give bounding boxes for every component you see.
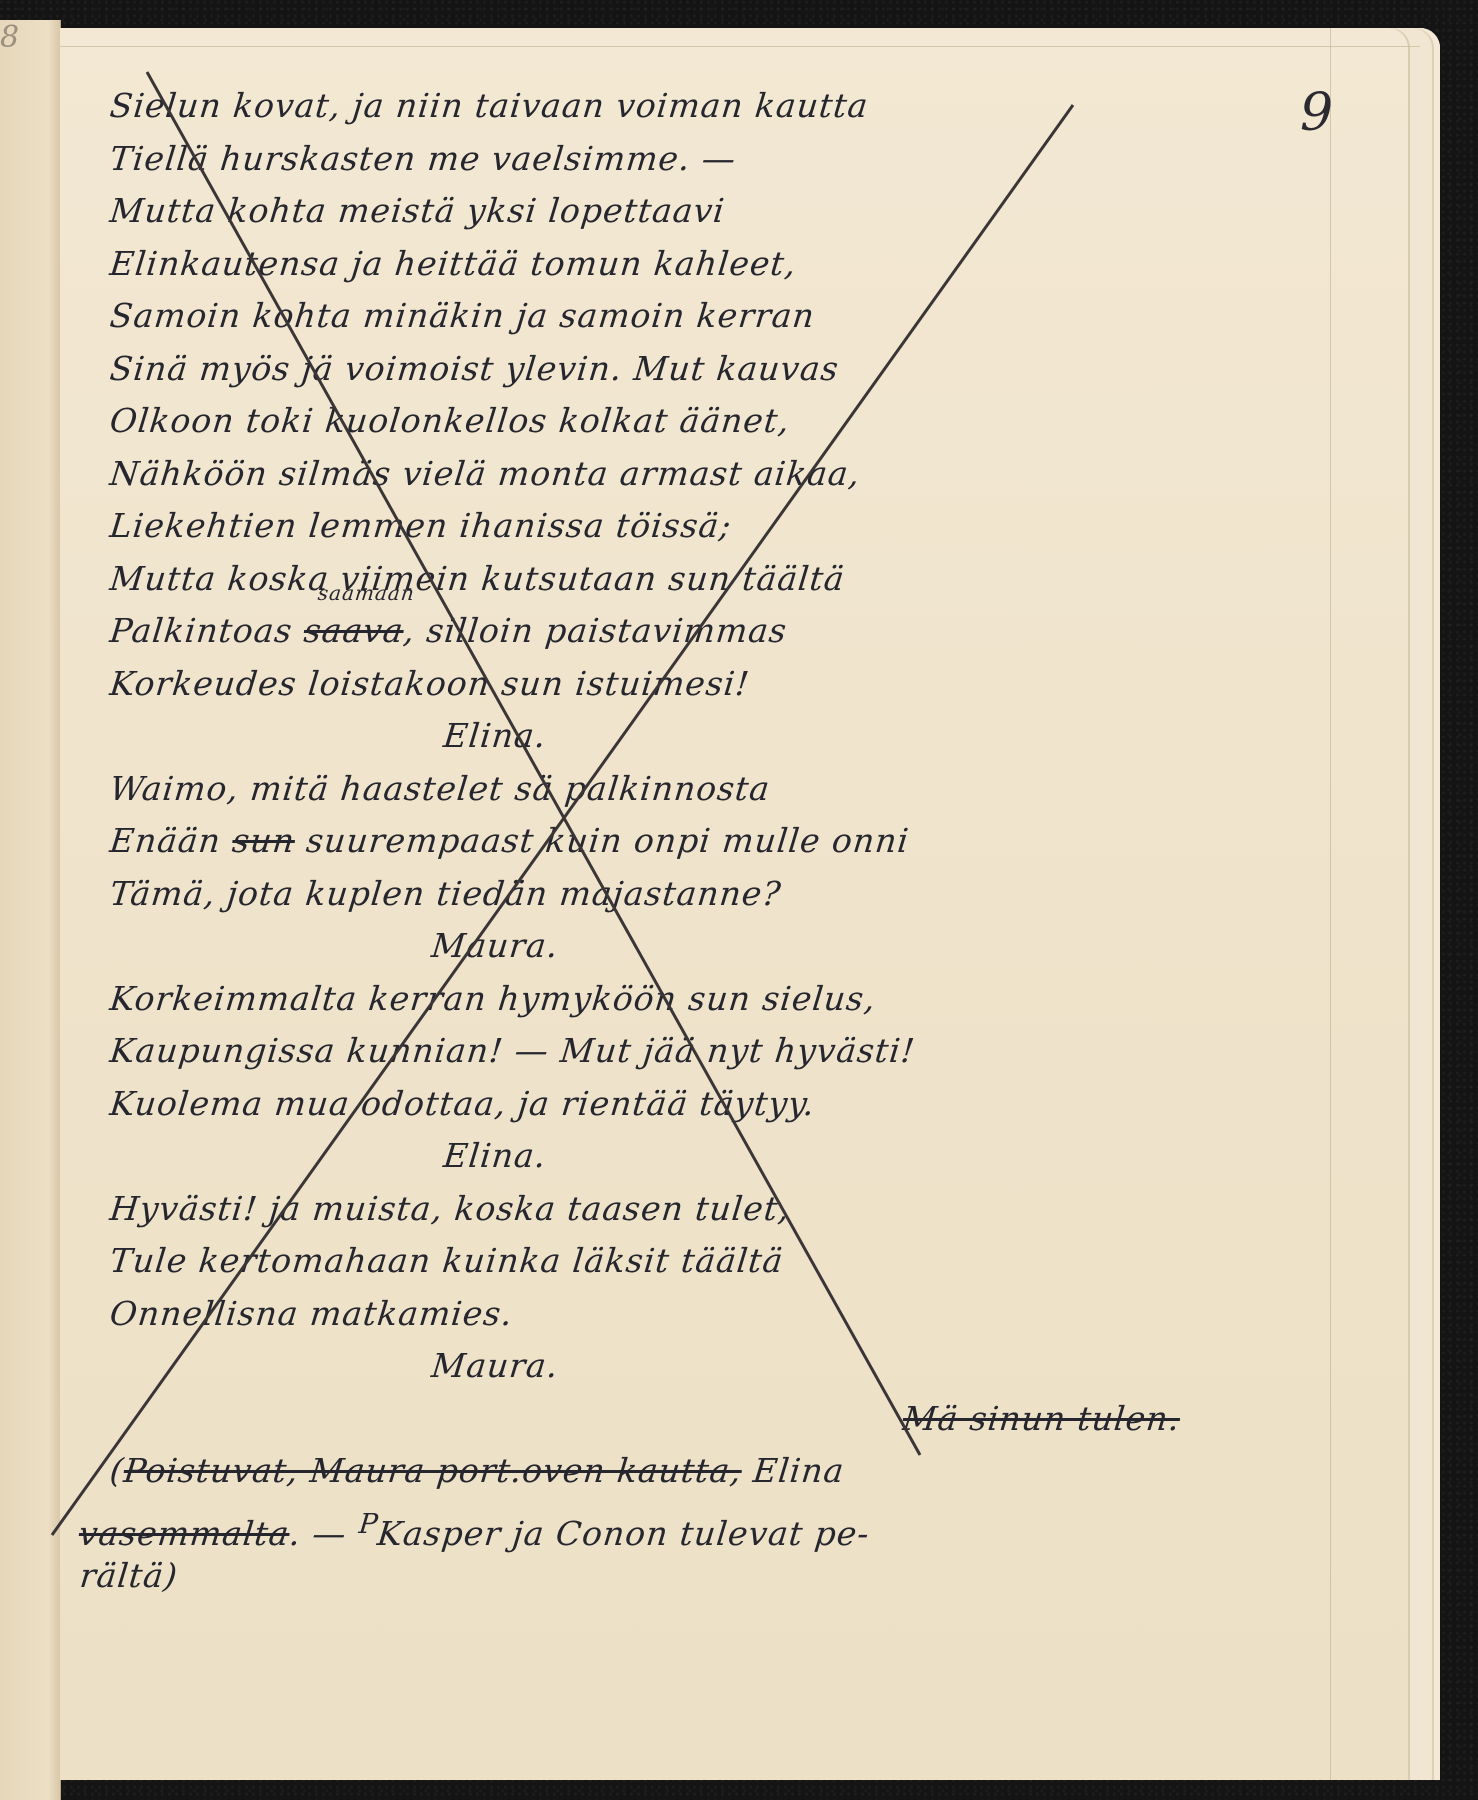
verse-line: Waimo, mitä haastelet sä palkinnosta <box>107 763 1263 816</box>
speaker-name: Maura. <box>107 920 1263 973</box>
verse-line: Kaupungissa kunnian! — Mut jää nyt hyväs… <box>107 1025 1263 1078</box>
verse-line: Tämä, jota kuplen tiedän majastanne? <box>107 868 1263 921</box>
struck-stage-text: vasemmalta <box>77 1514 292 1553</box>
verse-line: Hyvästi! ja muista, koska taasen tulet, <box>107 1183 1263 1236</box>
speaker-name: Elina. <box>107 710 1263 763</box>
verse-line: Liekehtien lemmen ihanissa töissä; <box>107 500 1263 553</box>
verse-line: Korkeimmalta kerran hymyköön sun sielus, <box>107 973 1263 1026</box>
stage-text: Kasper ja Conon tulevat pe- <box>376 1514 872 1553</box>
verse-line: Onnellisna matkamies. <box>107 1288 1263 1341</box>
verse-line: Sinä myös jä voimoist ylevin. Mut kauvas <box>107 343 1263 396</box>
stage-direction-line: (Poistuvat, Maura port.oven kautta, Elin… <box>107 1445 1263 1498</box>
manuscript-text: Sielun kovat, ja niin taivaan voiman kau… <box>110 80 1260 1603</box>
stage-direction-line: vasemmalta. — PKasper ja Conon tulevat p… <box>77 1498 1263 1551</box>
verse-line: Nähköön silmäs vielä monta armast aikaa, <box>107 448 1263 501</box>
left-page-edge: 8 <box>0 20 61 1800</box>
struck-stage-text: Poistuvat, Maura port.oven kautta, <box>122 1451 744 1490</box>
verse-line: Olkoon toki kuolonkellos kolkat äänet, <box>107 395 1263 448</box>
stage-text: . — <box>288 1514 361 1553</box>
stage-direction-line: rältä) <box>77 1550 1263 1603</box>
stage-text: Elina <box>740 1451 847 1490</box>
struck-word: saava <box>302 611 406 650</box>
verse-line: Sielun kovat, ja niin taivaan voiman kau… <box>107 80 1263 133</box>
verse-text: Enään <box>108 821 235 860</box>
page-edge-line <box>1330 28 1331 1780</box>
speaker-name: Maura. <box>107 1340 1263 1393</box>
verse-line: Mutta kohta meistä yksi lopettaavi <box>107 185 1263 238</box>
page-top-edge <box>60 46 1420 47</box>
verse-line: Samoin kohta minäkin ja samoin kerran <box>107 290 1263 343</box>
inserted-word: saamaan <box>317 583 416 603</box>
verse-line: Korkeudes loistakoon sun istuimesi! <box>107 658 1263 711</box>
verse-line: Tiellä hurskasten me vaelsimme. — <box>107 133 1263 186</box>
verse-text: , silloin paistavimmas <box>402 611 789 650</box>
verse-line: Kuolema mua odottaa, ja rientää täytyy. <box>107 1078 1263 1131</box>
page-number: 9 <box>1300 83 1333 143</box>
verse-text: Palkintoas <box>108 611 306 650</box>
struck-stage-direction: Mä sinun tulen. <box>107 1393 1263 1446</box>
manuscript-page: 9 Sielun kovat, ja niin taivaan voiman k… <box>60 28 1440 1780</box>
correction: saamaansaava <box>302 611 406 650</box>
verse-line-with-strike: Enään sun suurempaast kuin onpi mulle on… <box>107 815 1263 868</box>
speaker-name: Elina. <box>107 1130 1263 1183</box>
left-page-number-fragment: 8 <box>0 20 19 55</box>
verse-line: Tule kertomahaan kuinka läksit täältä <box>107 1235 1263 1288</box>
struck-word: sun <box>230 821 297 860</box>
verse-line: Elinkautensa ja heittää tomun kahleet, <box>107 238 1263 291</box>
verse-text: suurempaast kuin onpi mulle onni <box>293 821 911 860</box>
verse-line-with-correction: Palkintoas saamaansaava, silloin paistav… <box>107 605 1263 658</box>
verse-line: Mutta koska viimein kutsutaan sun täältä <box>107 553 1263 606</box>
